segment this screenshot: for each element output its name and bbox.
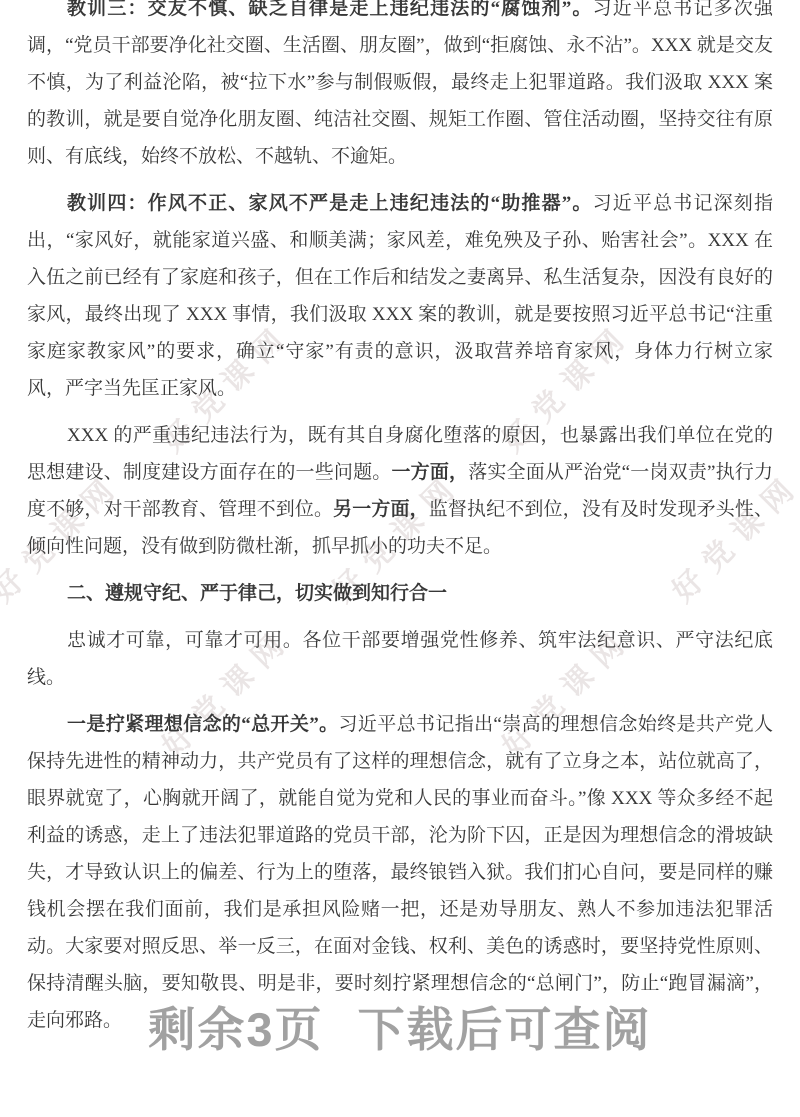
bold-text-run: 教训四：作风不正、家风不严是走上违纪违法的“助推器”。 xyxy=(67,193,593,214)
bold-text-run: 一方面， xyxy=(391,462,468,483)
paragraph: 一是拧紧理想信念的“总开关”。习近平总书记指出“崇高的理想信念始终是共产党人保持… xyxy=(27,706,773,1039)
text-run: 忠诚才可靠，可靠才可用。各位干部要增强党性修养、筑牢法纪意识、严守法纪底线。 xyxy=(27,630,773,688)
bold-text-run: 二、遵规守纪、严于律己，切实做到知行合一 xyxy=(67,583,447,604)
remaining-pages-banner: 剩余3页下载后可查阅 xyxy=(27,1002,773,1058)
remaining-pages-text: 剩余3页 xyxy=(148,1003,323,1056)
document-page: 好党课网好党课网好党课网好党课网好党课网好党课网好党课网 教训三：交友不慎、缺乏… xyxy=(0,0,800,1117)
paragraph: 忠诚才可靠，可靠才可用。各位干部要增强党性修养、筑牢法纪意识、严守法纪底线。 xyxy=(27,622,773,696)
document-content: 教训三：交友不慎、缺乏自律是走上违纪违法的“腐蚀剂”。习近平总书记多次强调，“党… xyxy=(0,0,800,1039)
bold-text-run: 另一方面， xyxy=(333,499,429,520)
bold-text-run: 教训三：交友不慎、缺乏自律是走上违纪违法的“腐蚀剂”。 xyxy=(67,0,593,19)
paragraph: 教训四：作风不正、家风不严是走上违纪违法的“助推器”。习近平总书记深刻指出，“家… xyxy=(27,185,773,407)
text-run: 习近平总书记深刻指出，“家风好，就能家道兴盛、和顺美满；家风差，难免殃及子孙、贻… xyxy=(27,193,773,399)
section-heading: 二、遵规守纪、严于律己，切实做到知行合一 xyxy=(27,575,773,612)
download-hint-text: 下载后可查阅 xyxy=(358,1003,652,1056)
text-run: 习近平总书记指出“崇高的理想信念始终是共产党人保持先进性的精神动力，共产党员有了… xyxy=(27,714,773,1031)
paragraph: XXX 的严重违纪违法行为，既有其自身腐化堕落的原因，也暴露出我们单位在党的思想… xyxy=(27,417,773,565)
bold-text-run: 一是拧紧理想信念的“总开关”。 xyxy=(67,714,339,735)
paragraph: 教训三：交友不慎、缺乏自律是走上违纪违法的“腐蚀剂”。习近平总书记多次强调，“党… xyxy=(27,0,773,175)
text-run: 习近平总书记多次强调，“党员干部要净化社交圈、生活圈、朋友圈”，做到“拒腐蚀、永… xyxy=(27,0,773,167)
